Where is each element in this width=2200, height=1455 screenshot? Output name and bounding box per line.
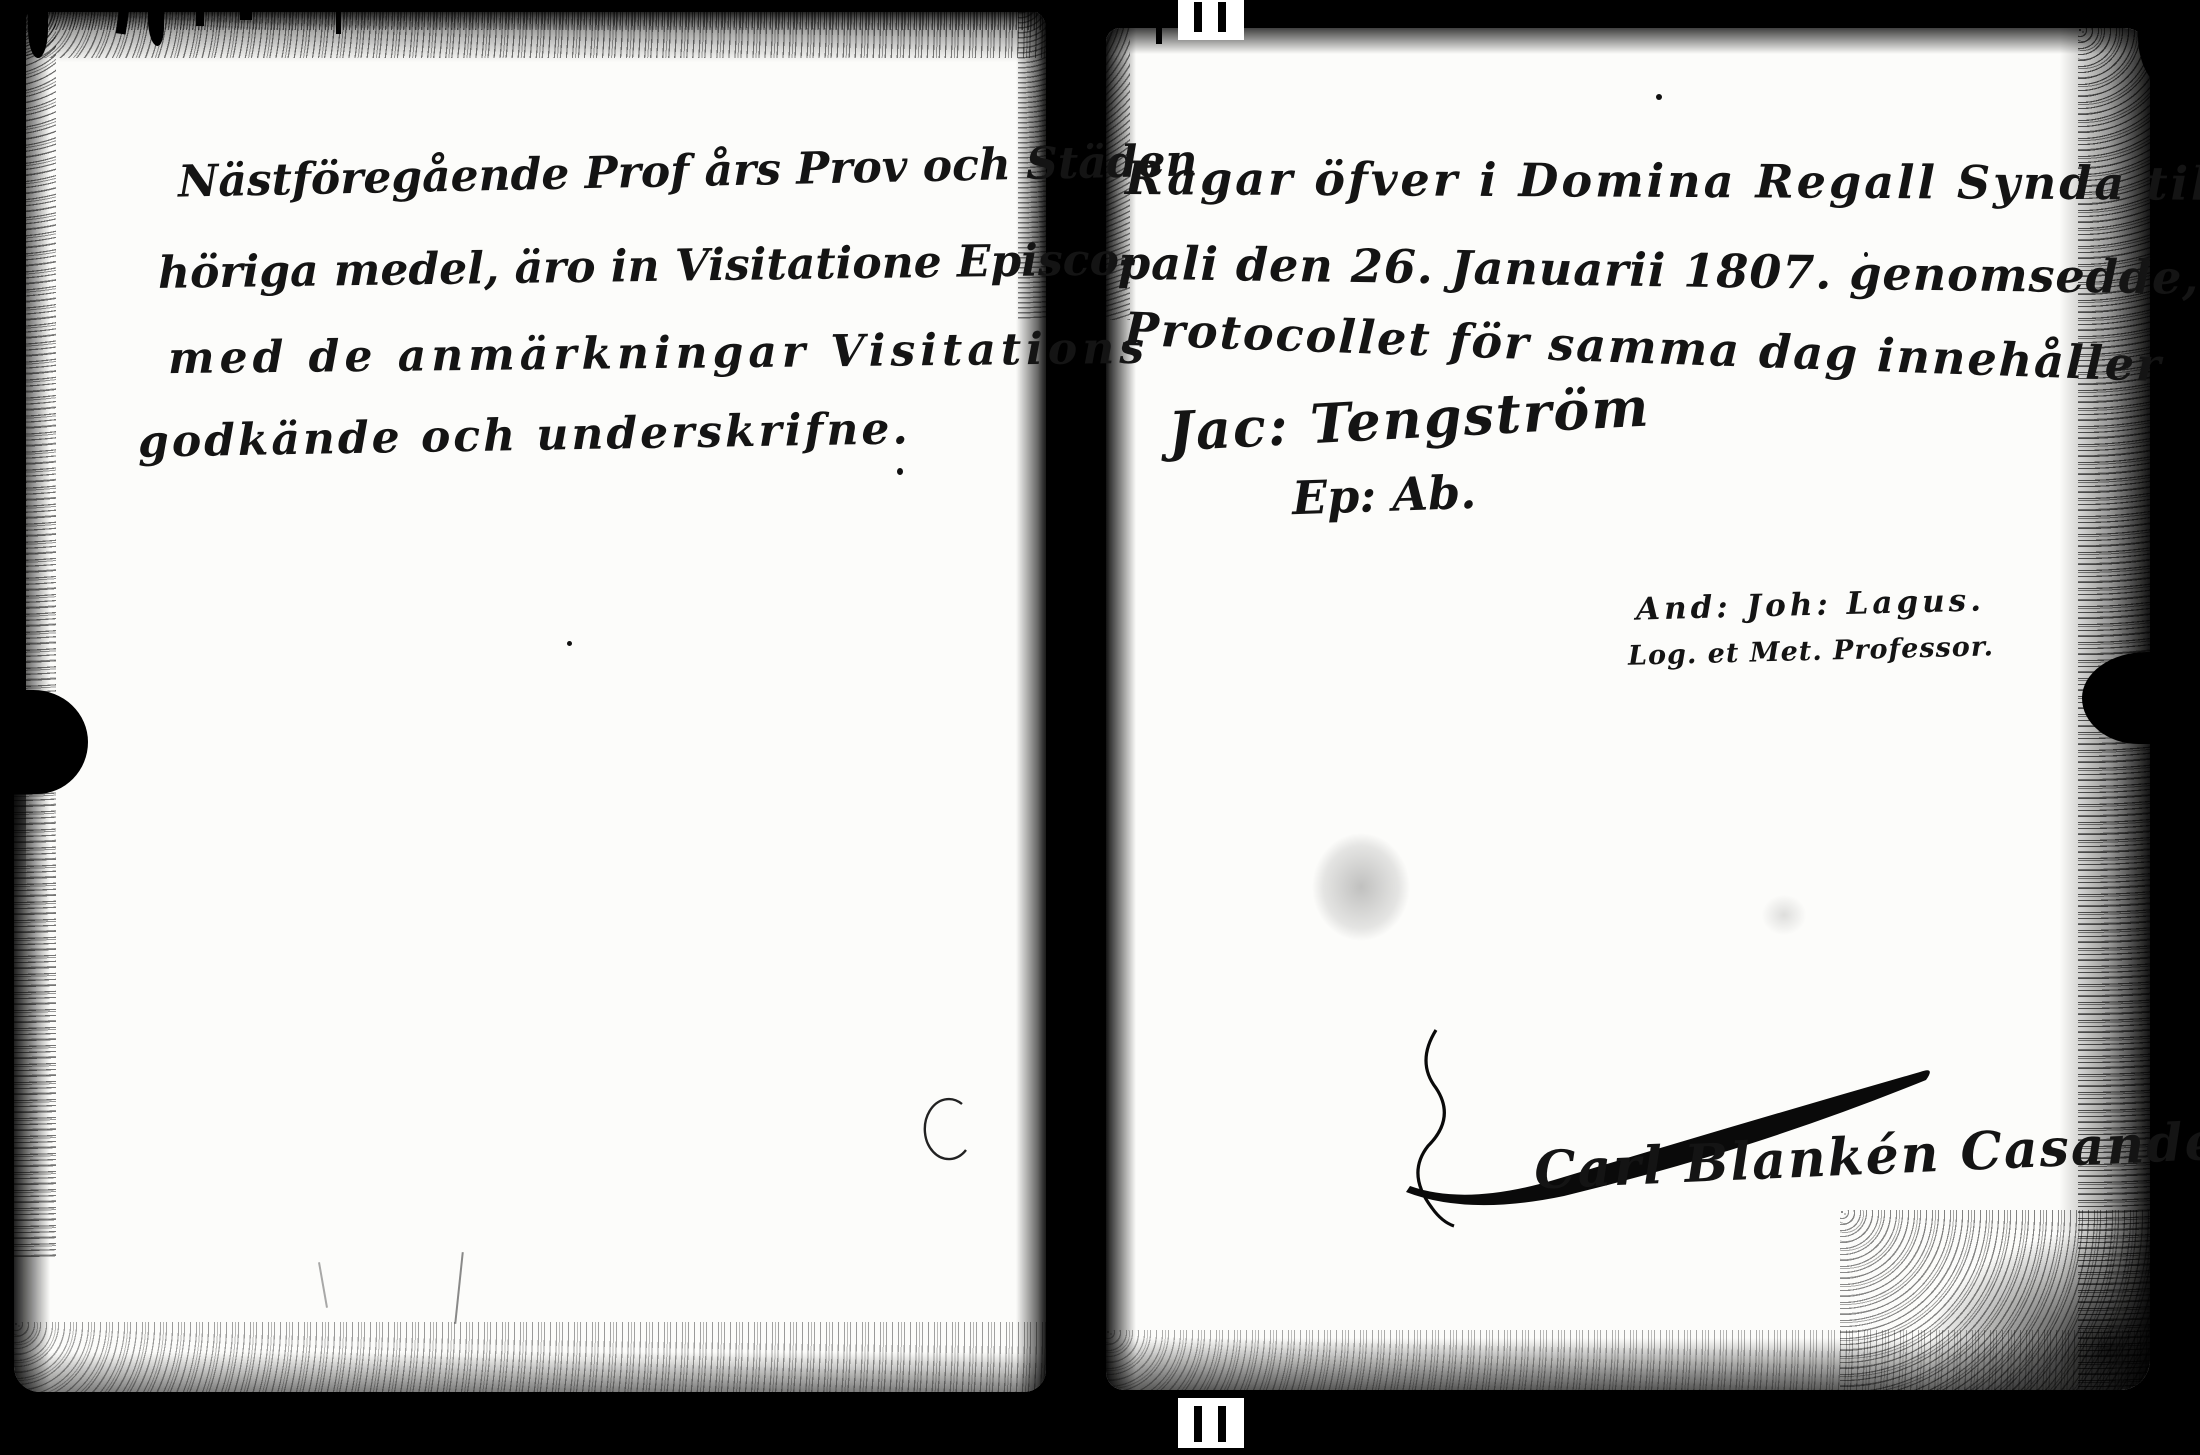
signature-lagus-name: And: Joh: Lagus. — [1636, 585, 1986, 625]
manuscript-line-left-4: godkände och underskrifne. — [138, 407, 911, 464]
manuscript-line-left-2: höriga medel, äro in Visitatione Episco- — [158, 238, 1138, 296]
film-registration-marks-top — [1178, 0, 1244, 40]
registration-bar — [1194, 2, 1202, 32]
ink-speck — [1656, 94, 1662, 100]
registration-bar — [1218, 2, 1226, 32]
signature-tengstrom-title: Ep: Ab. — [1291, 469, 1477, 521]
ink-speck — [567, 641, 572, 646]
registration-bar — [1194, 1406, 1202, 1442]
left-page — [14, 10, 1046, 1392]
torn-ink-fragment — [1156, 0, 1162, 44]
manuscript-line-right-1: Ragar öfver i Domina Regall Synda till- — [1125, 155, 2200, 207]
page-edge-vignette — [14, 10, 1046, 1392]
torn-ink-fragment — [28, 0, 48, 58]
film-edge-blob — [2082, 652, 2200, 744]
torn-ink-fragment — [148, 0, 164, 46]
registration-bar — [1218, 1406, 1226, 1442]
ink-speck — [897, 468, 903, 475]
manuscript-line-left-3: med de anmärkningar Visitations — [168, 327, 1149, 381]
torn-ink-fragment — [336, 0, 341, 34]
film-registration-marks-bottom — [1178, 1398, 1244, 1448]
torn-ink-fragment — [240, 0, 252, 20]
film-bottom-edge — [0, 1392, 2200, 1455]
torn-ink-fragment — [196, 0, 204, 26]
